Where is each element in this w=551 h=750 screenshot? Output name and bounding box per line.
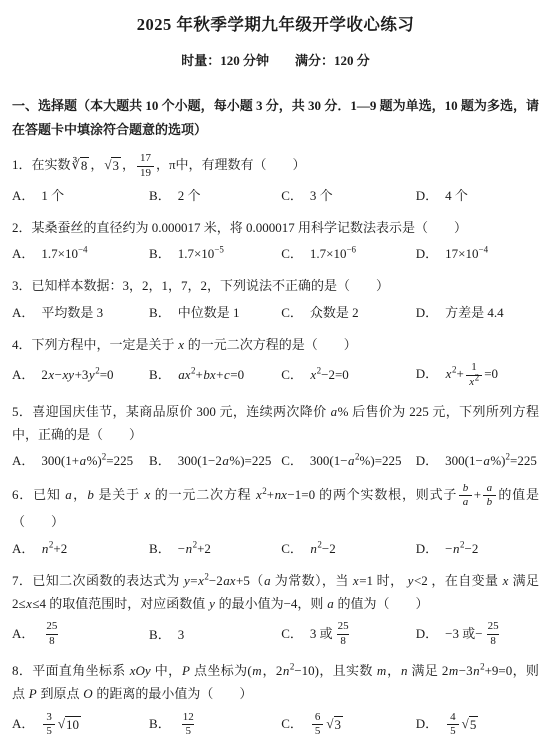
option: C．3 或258 [281, 620, 412, 649]
option-text: 1.7×10−4 [41, 246, 87, 261]
option-label: D． [416, 626, 438, 641]
exam-meta: 时量：120 分钟 满分：120 分 [12, 50, 539, 69]
option-label: C． [281, 541, 303, 556]
fraction: 1x2 [466, 361, 482, 390]
option: A．1.7×10−4 [12, 244, 145, 264]
options-row: A．平均数是 3B．中位数是 1C．众数是 2D．方差是 4.4 [12, 303, 539, 323]
option: D．−3 或−258 [416, 620, 539, 649]
question: 7．已知二次函数的表达式为 y=x2−2ax+5（a 为常数），当 x=1 时，… [12, 569, 539, 649]
option-label: D． [416, 366, 438, 381]
option: B．3 [149, 625, 277, 645]
option: A．2x−xy+3y2=0 [12, 365, 145, 385]
fraction: 65 [312, 711, 324, 740]
fraction: 45 [447, 711, 459, 740]
option-label: D． [416, 541, 438, 556]
option-label: D． [416, 188, 438, 203]
option-label: A． [12, 626, 34, 641]
square-root: √3 [326, 716, 343, 733]
option-label: A． [12, 453, 34, 468]
option-text: 4 个 [445, 188, 468, 203]
question-stem: 6．已知 a，b 是关于 x 的一元二次方程 x2+nx−1=0 的两个实数根，… [12, 482, 539, 534]
option-label: B． [149, 453, 171, 468]
square-root: √10 [58, 716, 81, 733]
option: A．35√10 [12, 711, 145, 740]
question-stem: 7．已知二次函数的表达式为 y=x2−2ax+5（a 为常数），当 x=1 时，… [12, 569, 539, 616]
option: B．1.7×10−5 [149, 244, 277, 264]
option-label: A． [12, 367, 34, 382]
option: B．−n2+2 [149, 539, 277, 559]
option-text: 300(1+a%)2=225 [41, 453, 133, 468]
option-label: A． [12, 541, 34, 556]
option-label: B． [149, 188, 171, 203]
option-text: 3 个 [310, 188, 333, 203]
option: C．300(1−a2%)=225 [281, 451, 412, 471]
option: D．4 个 [416, 186, 539, 206]
option-label: B． [149, 541, 171, 556]
option-text: 65√3 [310, 716, 344, 731]
option-label: B． [149, 305, 171, 320]
square-root: √3 [104, 157, 121, 174]
option: B．125 [149, 711, 277, 740]
option: C．x2−2=0 [281, 365, 412, 385]
options-row: A．1 个B．2 个C．3 个D．4 个 [12, 186, 539, 206]
question: 5．喜迎国庆佳节，某商品原价 300 元，连续两次降价 a% 后售价为 225 … [12, 400, 539, 472]
page-title: 2025 年秋季学期九年级开学收心练习 [12, 11, 539, 35]
section-header: 一、选择题（本大题共 10 个小题，每小题 3 分，共 30 分．1—9 题为单… [12, 94, 539, 142]
option-text: x2−2=0 [310, 367, 349, 382]
option: D．45√5 [416, 711, 539, 740]
option-text: x2+1x2=0 [445, 366, 498, 381]
option-text: 125 [178, 716, 199, 731]
option-text: −3 或−258 [445, 626, 503, 641]
option-label: C． [281, 716, 303, 731]
option: C．65√3 [281, 711, 412, 740]
option: D．x2+1x2=0 [416, 361, 539, 390]
option-text: 3 或258 [310, 626, 354, 641]
fraction: 1719 [137, 152, 154, 181]
option-label: A． [12, 188, 34, 203]
option-text: 2 个 [178, 188, 201, 203]
option: D．17×10−4 [416, 244, 539, 264]
cube-root: ∛8 [72, 157, 90, 174]
square-root: √5 [462, 716, 479, 733]
options-row: A．2x−xy+3y2=0B．ax2+bx+c=0C．x2−2=0D．x2+1x… [12, 361, 539, 390]
option-text: 17×10−4 [445, 246, 488, 261]
option-label: A． [12, 305, 34, 320]
fraction: 35 [43, 711, 55, 740]
question: 6．已知 a，b 是关于 x 的一元二次方程 x2+nx−1=0 的两个实数根，… [12, 482, 539, 559]
option-text: n2+2 [41, 541, 67, 556]
option-label: D． [416, 305, 438, 320]
question: 4．下列方程中，一定是关于 x 的一元二次方程的是（ ） A．2x−xy+3y2… [12, 333, 539, 390]
fraction: ab [483, 482, 496, 511]
option-label: D． [416, 716, 438, 731]
option: D．−n2−2 [416, 539, 539, 559]
question-stem: 3．已知样本数据：3，2，1，7，2，下列说法不正确的是（ ） [12, 274, 539, 297]
option-label: C． [281, 188, 303, 203]
option-text: 1.7×10−6 [310, 246, 356, 261]
option: D．方差是 4.4 [416, 303, 539, 323]
option-text: 中位数是 1 [178, 305, 240, 320]
option-text: 300(1−a%)2=225 [445, 453, 537, 468]
option-text: n2−2 [310, 541, 336, 556]
option-label: C． [281, 626, 303, 641]
question-stem: 4．下列方程中，一定是关于 x 的一元二次方程的是（ ） [12, 333, 539, 356]
option-label: C． [281, 246, 303, 261]
option-label: A． [12, 246, 34, 261]
option-text: 方差是 4.4 [445, 305, 504, 320]
option: D．300(1−a%)2=225 [416, 451, 539, 471]
option-text: 1.7×10−5 [178, 246, 224, 261]
fraction: 125 [180, 711, 197, 740]
option-text: ax2+bx+c=0 [178, 367, 244, 382]
question-stem: 2．某桑蚕丝的直径约为 0.000017 米，将 0.000017 用科学记数法… [12, 216, 539, 239]
option-text: 3 [178, 627, 185, 642]
options-row: A．n2+2B．−n2+2C．n2−2D．−n2−2 [12, 539, 539, 559]
question-stem: 8．平面直角坐标系 xOy 中，P 点坐标为(m，2n2−10)，且实数 m，n… [12, 659, 539, 706]
option-label: D． [416, 453, 438, 468]
option-label: B． [149, 246, 171, 261]
option: B．2 个 [149, 186, 277, 206]
option: B．300(1−2a%)=225 [149, 451, 277, 471]
question: 8．平面直角坐标系 xOy 中，P 点坐标为(m，2n2−10)，且实数 m，n… [12, 659, 539, 739]
option: A．258 [12, 620, 145, 649]
question: 2．某桑蚕丝的直径约为 0.000017 米，将 0.000017 用科学记数法… [12, 216, 539, 265]
option-text: 1 个 [41, 188, 64, 203]
option-text: 2x−xy+3y2=0 [41, 367, 113, 382]
options-row: A．258B．3C．3 或258D．−3 或−258 [12, 620, 539, 649]
options-row: A．35√10B．125C．65√3D．45√5 [12, 711, 539, 740]
option: B．中位数是 1 [149, 303, 277, 323]
question-stem: 5．喜迎国庆佳节，某商品原价 300 元，连续两次降价 a% 后售价为 225 … [12, 400, 539, 447]
option-label: C． [281, 367, 303, 382]
option: A．平均数是 3 [12, 303, 145, 323]
option-label: B． [149, 367, 171, 382]
option-label: C． [281, 305, 303, 320]
question-list: 1．在实数∛8，√3，1719，π中，有理数有（ ） A．1 个B．2 个C．3… [12, 152, 539, 739]
option-label: A． [12, 716, 34, 731]
option-label: D． [416, 246, 438, 261]
option: A．n2+2 [12, 539, 145, 559]
option-text: 258 [41, 626, 62, 641]
option-text: 300(1−2a%)=225 [178, 453, 272, 468]
fraction: ba [459, 482, 472, 511]
question: 3．已知样本数据：3，2，1，7，2，下列说法不正确的是（ ） A．平均数是 3… [12, 274, 539, 323]
option: A．1 个 [12, 186, 145, 206]
option: A．300(1+a%)2=225 [12, 451, 145, 471]
options-row: A．1.7×10−4B．1.7×10−5C．1.7×10−6D．17×10−4 [12, 244, 539, 264]
option: C．1.7×10−6 [281, 244, 412, 264]
option-text: −n2−2 [445, 541, 478, 556]
question-stem: 1．在实数∛8，√3，1719，π中，有理数有（ ） [12, 152, 539, 181]
option-text: 众数是 2 [310, 305, 359, 320]
option: C．3 个 [281, 186, 412, 206]
fraction: 258 [485, 620, 502, 649]
option-text: 35√10 [41, 716, 82, 731]
fraction: 258 [335, 620, 352, 649]
option: B．ax2+bx+c=0 [149, 365, 277, 385]
option-text: 平均数是 3 [41, 305, 103, 320]
fraction: 258 [43, 620, 60, 649]
option-text: 45√5 [445, 716, 479, 731]
option-text: −n2+2 [178, 541, 211, 556]
question: 1．在实数∛8，√3，1719，π中，有理数有（ ） A．1 个B．2 个C．3… [12, 152, 539, 206]
exam-page: 2025 年秋季学期九年级开学收心练习 时量：120 分钟 满分：120 分 一… [0, 0, 551, 739]
option-label: C． [281, 453, 303, 468]
option: C．众数是 2 [281, 303, 412, 323]
option-text: 300(1−a2%)=225 [310, 453, 402, 468]
options-row: A．300(1+a%)2=225B．300(1−2a%)=225C．300(1−… [12, 451, 539, 471]
option: C．n2−2 [281, 539, 412, 559]
option-label: B． [149, 627, 171, 642]
option-label: B． [149, 716, 171, 731]
